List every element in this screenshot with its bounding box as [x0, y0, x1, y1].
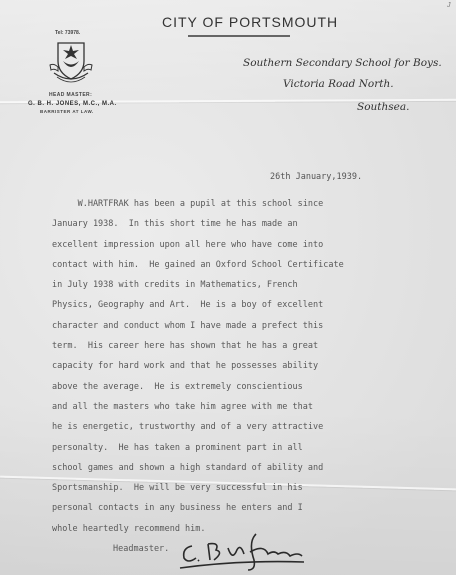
body-line: in July 1938 with credits in Mathematics… — [52, 275, 372, 295]
letter-paper: J CITY OF PORTSMOUTH Tel: 73978. HEAD MA… — [0, 0, 456, 575]
body-line: and all the masters who take him agree w… — [52, 397, 372, 417]
telephone-number: Tel: 73978. — [55, 30, 80, 36]
body-line: Physics, Geography and Art. He is a boy … — [52, 295, 372, 315]
body-line: capacity for hard work and that he posse… — [52, 356, 372, 376]
body-line: Sportsmanship. He will be very successfu… — [52, 478, 372, 498]
body-line: personal contacts in any business he ent… — [52, 498, 372, 518]
school-address-town: Southsea. — [357, 101, 409, 113]
title-underline — [188, 35, 290, 37]
body-line: term. His career here has shown that he … — [52, 336, 372, 356]
headmaster-name: G. B. H. JONES, M.C., M.A. — [28, 101, 117, 107]
letter-body: W.HARTFRAK has been a pupil at this scho… — [52, 194, 372, 539]
corner-mark: J — [447, 2, 451, 9]
signature-label: Headmaster. — [113, 544, 169, 554]
body-line: personalty. He has taken a prominent par… — [52, 438, 372, 458]
body-line: W.HARTFRAK has been a pupil at this scho… — [52, 194, 372, 214]
body-line: contact with him. He gained an Oxford Sc… — [52, 255, 372, 275]
body-line: above the average. He is extremely consc… — [52, 377, 372, 397]
body-line: character and conduct whom I have made a… — [52, 316, 372, 336]
body-line: school games and shown a high standard o… — [52, 458, 372, 478]
headmaster-title: BARRISTER AT LAW. — [40, 109, 94, 114]
body-line: he is energetic, trustworthy and of a ve… — [52, 417, 372, 437]
school-address-road: Victoria Road North. — [283, 78, 394, 90]
school-name: Southern Secondary School for Boys. — [243, 57, 442, 69]
letter-date: 26th January,1939. — [270, 172, 362, 182]
headmaster-label: HEAD MASTER: — [49, 92, 92, 98]
handwritten-signature-icon — [178, 530, 313, 575]
body-line: January 1938. In this short time he has … — [52, 214, 372, 234]
portsmouth-crest-icon — [48, 37, 94, 85]
letterhead-city-title: CITY OF PORTSMOUTH — [162, 14, 338, 30]
body-line: excellent impression upon all here who h… — [52, 235, 372, 255]
